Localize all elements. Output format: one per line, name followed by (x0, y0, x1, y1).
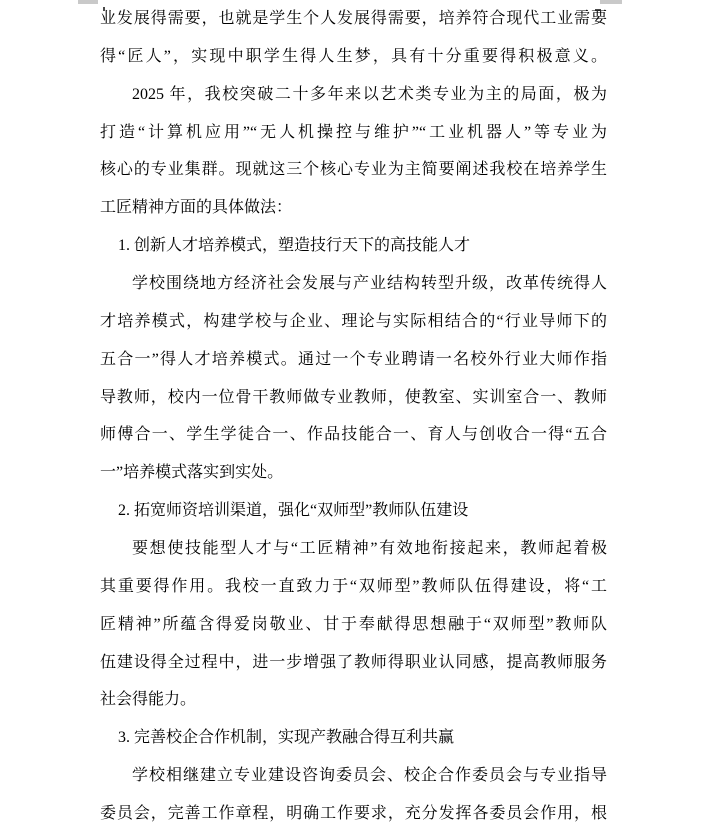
text-line: 3. 完善校企合作机制，实现产教融合得互利共赢 (100, 719, 607, 757)
text-line: 委员会，完善工作章程，明确工作要求，充分发挥各委员会作用，根 (100, 795, 607, 833)
text-line: 伍建设得全过程中，进一步增强了教师得职业认同感，提高教师服务 (100, 644, 607, 682)
text-line: 核心的专业集群。现就这三个核心专业为主简要阐述我校在培养学生 (100, 151, 607, 189)
text-line: 一”培养模式落实到实处。 (100, 454, 607, 492)
text-line: 其重要得作用。我校一直致力于“双师型”教师队伍得建设，将“工 (100, 568, 607, 606)
document-page: 业发展得需要，也就是学生个人发展得需要，培养符合现代工业需要得“匠人”，实现中职… (0, 0, 707, 833)
text-line: 业发展得需要，也就是学生个人发展得需要，培养符合现代工业需要 (100, 0, 607, 38)
text-line: 匠精神”所蕴含得爱岗敬业、甘于奉献得思想融于“双师型”教师队 (100, 606, 607, 644)
text-line: 师傅合一、学生学徒合一、作品技能合一、育人与创收合一得“五合 (100, 416, 607, 454)
text-line: 2025 年，我校突破二十多年来以艺术类专业为主的局面，极为 (100, 76, 607, 114)
text-line: 才培养模式，构建学校与企业、理论与实际相结合的“行业导师下的 (100, 303, 607, 341)
ruler-fragment-left-icon (78, 0, 98, 4)
text-line: 五合一”得人才培养模式。通过一个专业聘请一名校外行业大师作指 (100, 341, 607, 379)
text-line: 学校相继建立专业建设咨询委员会、校企合作委员会与专业指导 (100, 757, 607, 795)
text-line: 1. 创新人才培养模式，塑造技行天下的高技能人才 (100, 227, 607, 265)
text-line: 学校围绕地方经济社会发展与产业结构转型升级，改革传统得人 (100, 265, 607, 303)
text-line: 要想使技能型人才与“工匠精神”有效地衔接起来，教师起着极 (100, 530, 607, 568)
text-line: 2. 拓宽师资培训渠道，强化“双师型”教师队伍建设 (100, 492, 607, 530)
text-line: 得“匠人”，实现中职学生得人生梦，具有十分重要得积极意义。 (100, 38, 607, 76)
text-line: 导教师，校内一位骨干教师做专业教师，使教室、实训室合一、教师 (100, 379, 607, 417)
text-line: 打造“计算机应用”“无人机操控与维护”“工业机器人”等专业为 (100, 114, 607, 152)
text-line: 社会得能力。 (100, 681, 607, 719)
text-line: 工匠精神方面的具体做法： (100, 189, 607, 227)
text-block: 业发展得需要，也就是学生个人发展得需要，培养符合现代工业需要得“匠人”，实现中职… (100, 0, 607, 833)
